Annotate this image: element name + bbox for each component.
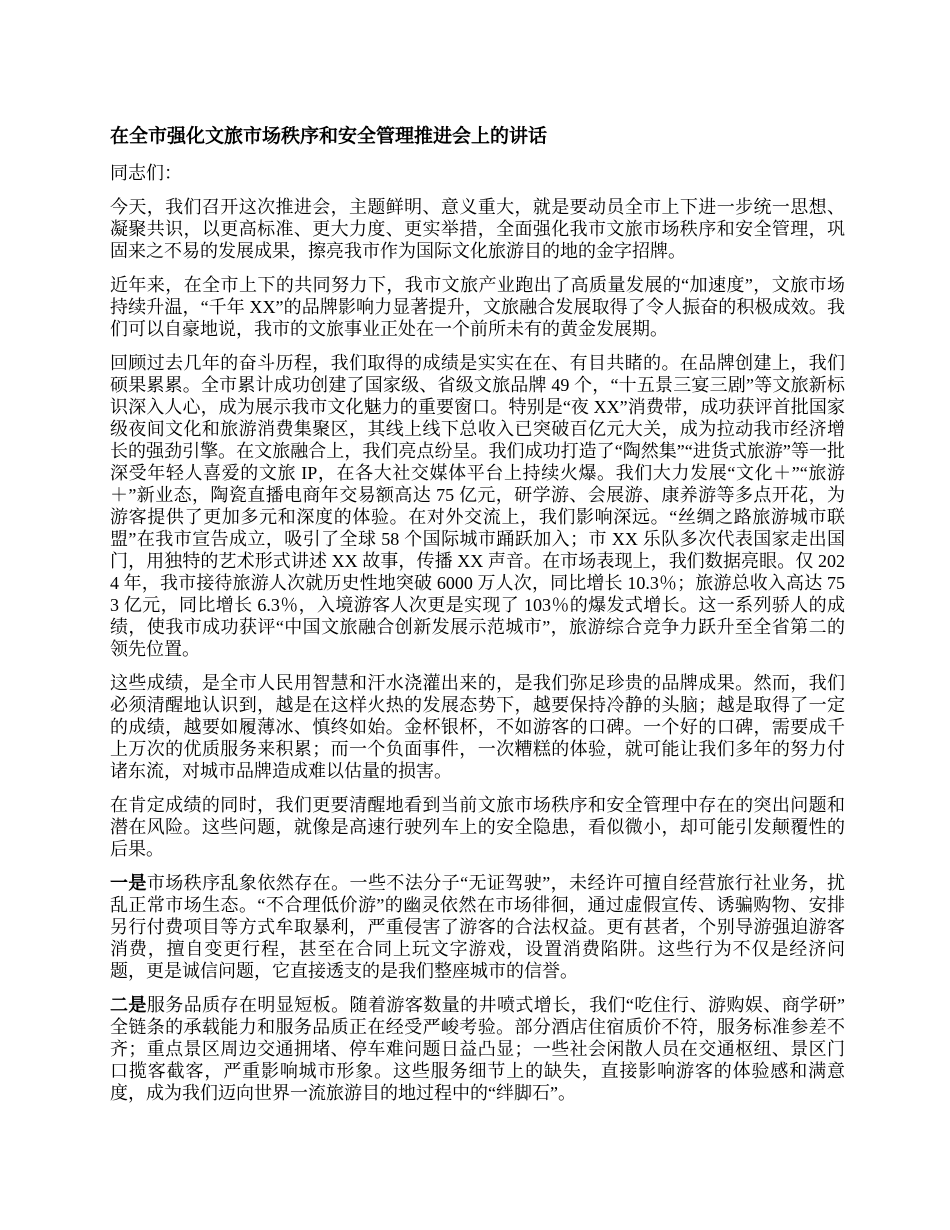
paragraph-text: 市场秩序乱象依然存在。一些不法分子“无证驾驶”，未经许可擅自经营旅行社业务，扰乱… [110, 873, 845, 981]
paragraph-5: 在肯定成绩的同时，我们更要清醒地看到当前文旅市场秩序和安全管理中存在的突出问题和… [110, 794, 845, 860]
paragraph-prefix: 一是 [110, 873, 147, 893]
paragraph-text: 服务品质存在明显短板。随着游客数量的井喷式增长，我们“吃住行、游购娱、商学研”全… [110, 995, 845, 1103]
paragraph-6: 一是市场秩序乱象依然存在。一些不法分子“无证驾驶”，未经许可擅自经营旅行社业务，… [110, 872, 845, 982]
paragraph-7: 二是服务品质存在明显短板。随着游客数量的井喷式增长，我们“吃住行、游购娱、商学研… [110, 994, 845, 1104]
paragraph-prefix: 二是 [110, 995, 147, 1015]
document-title: 在全市强化文旅市场秩序和安全管理推进会上的讲话 [110, 126, 845, 148]
paragraph-3: 回顾过去几年的奋斗历程，我们取得的成绩是实实在在、有目共睹的。在品牌创建上，我们… [110, 352, 845, 660]
paragraph-2: 近年来，在全市上下的共同努力下，我市文旅产业跑出了高质量发展的“加速度”，文旅市… [110, 274, 845, 340]
salutation: 同志们： [110, 162, 845, 184]
paragraph-text: 今天，我们召开这次推进会，主题鲜明、意义重大，就是要动员全市上下进一步统一思想、… [110, 197, 845, 261]
paragraph-4: 这些成绩，是全市人民用智慧和汗水浇灌出来的，是我们弥足珍贵的品牌成果。然而，我们… [110, 672, 845, 782]
paragraph-text: 近年来，在全市上下的共同努力下，我市文旅产业跑出了高质量发展的“加速度”，文旅市… [110, 275, 845, 339]
paragraph-text: 这些成绩，是全市人民用智慧和汗水浇灌出来的，是我们弥足珍贵的品牌成果。然而，我们… [110, 673, 845, 781]
document-page: 在全市强化文旅市场秩序和安全管理推进会上的讲话 同志们： 今天，我们召开这次推进… [0, 0, 950, 1230]
paragraph-text: 在肯定成绩的同时，我们更要清醒地看到当前文旅市场秩序和安全管理中存在的突出问题和… [110, 795, 845, 859]
paragraph-1: 今天，我们召开这次推进会，主题鲜明、意义重大，就是要动员全市上下进一步统一思想、… [110, 196, 845, 262]
paragraph-text: 回顾过去几年的奋斗历程，我们取得的成绩是实实在在、有目共睹的。在品牌创建上，我们… [110, 353, 845, 659]
